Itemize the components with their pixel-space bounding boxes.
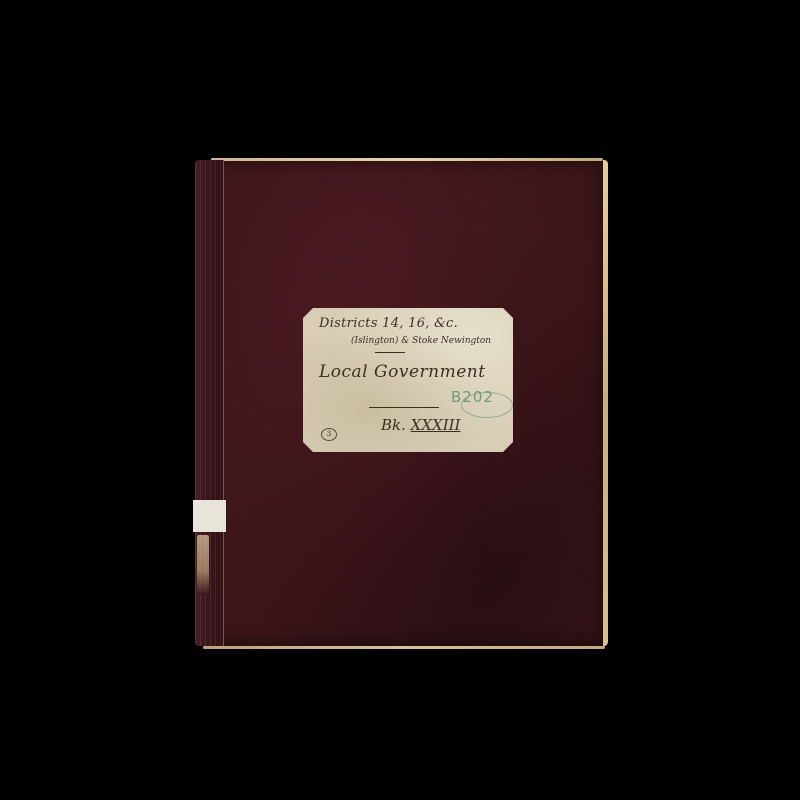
page-edge-right — [603, 160, 608, 646]
label-book-number: Bk. XXXIII — [381, 416, 460, 434]
label-underline — [375, 352, 405, 353]
book-spine — [195, 160, 224, 646]
label-title: Local Government — [319, 362, 486, 382]
shelf-tag — [193, 500, 226, 532]
page-edge-top — [211, 158, 603, 161]
spine-wear — [197, 535, 209, 595]
label-districts: Districts 14, 16, &c. — [319, 316, 458, 331]
circle-mark: 3 — [321, 428, 337, 441]
catalog-stamp: B202 — [451, 388, 494, 406]
notebook-cover: Districts 14, 16, &c. (Islington) & Stok… — [195, 160, 605, 646]
book-volume: XXXIII — [411, 416, 461, 434]
cover-label: Districts 14, 16, &c. (Islington) & Stok… — [303, 308, 513, 452]
book-prefix: Bk. — [381, 416, 406, 434]
label-divider — [369, 407, 439, 408]
page-edge-bottom — [203, 646, 605, 649]
label-areas: (Islington) & Stoke Newington — [351, 336, 491, 346]
